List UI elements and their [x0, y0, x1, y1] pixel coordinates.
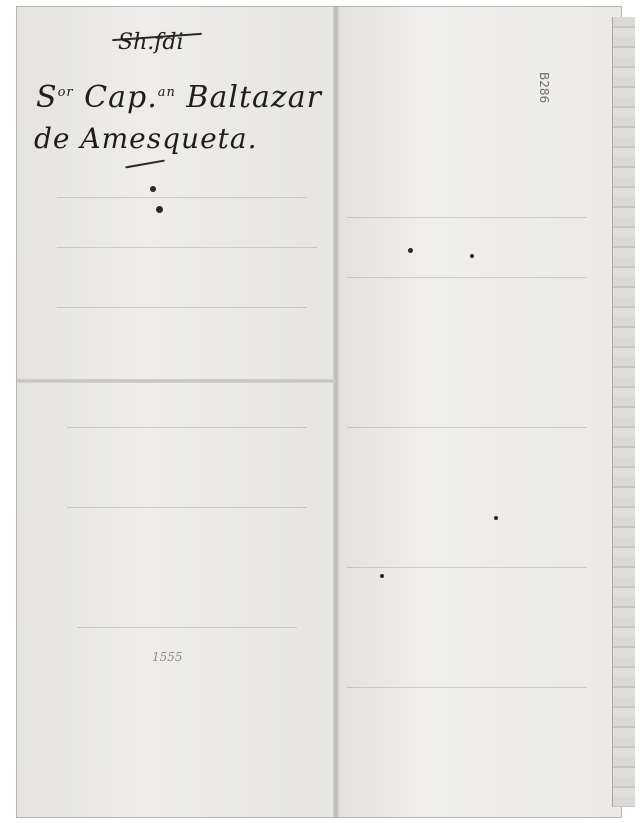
bleed-through-line: [57, 247, 317, 248]
bleed-through-line: [77, 627, 297, 628]
honorific: S: [36, 80, 58, 115]
vertical-fold: [333, 7, 339, 817]
rank-superscript: an: [158, 85, 176, 100]
ink-blot: [380, 574, 384, 578]
right-page: [335, 7, 621, 817]
bleed-through-line: [347, 427, 587, 428]
rank: Cap.: [84, 80, 158, 115]
ink-blot: [494, 516, 498, 520]
honorific-superscript: or: [58, 85, 74, 100]
addressee-line-1: Sor Cap.an Baltazar: [36, 80, 322, 115]
ink-blot: [150, 186, 156, 192]
ink-blot: [470, 254, 474, 258]
shelfmark: B286: [537, 72, 551, 103]
bleed-through-line: [57, 197, 307, 198]
addressee-line-2: de Amesqueta.: [34, 122, 257, 155]
ink-blot: [408, 248, 413, 253]
given-name: Baltazar: [186, 80, 322, 115]
bleed-through-line: [347, 277, 587, 278]
bleed-through-line: [67, 427, 307, 428]
bleed-through-line: [67, 507, 307, 508]
faded-stamp: 1555: [152, 650, 183, 664]
reference-mark: Sh.fdi: [118, 30, 184, 55]
bleed-through-line: [347, 567, 587, 568]
bleed-through-line: [347, 687, 587, 688]
ink-blot: [156, 206, 163, 213]
horizontal-fold: [17, 379, 335, 383]
frayed-right-edge: [612, 17, 635, 807]
bleed-through-line: [347, 217, 587, 218]
bleed-through-line: [57, 307, 307, 308]
